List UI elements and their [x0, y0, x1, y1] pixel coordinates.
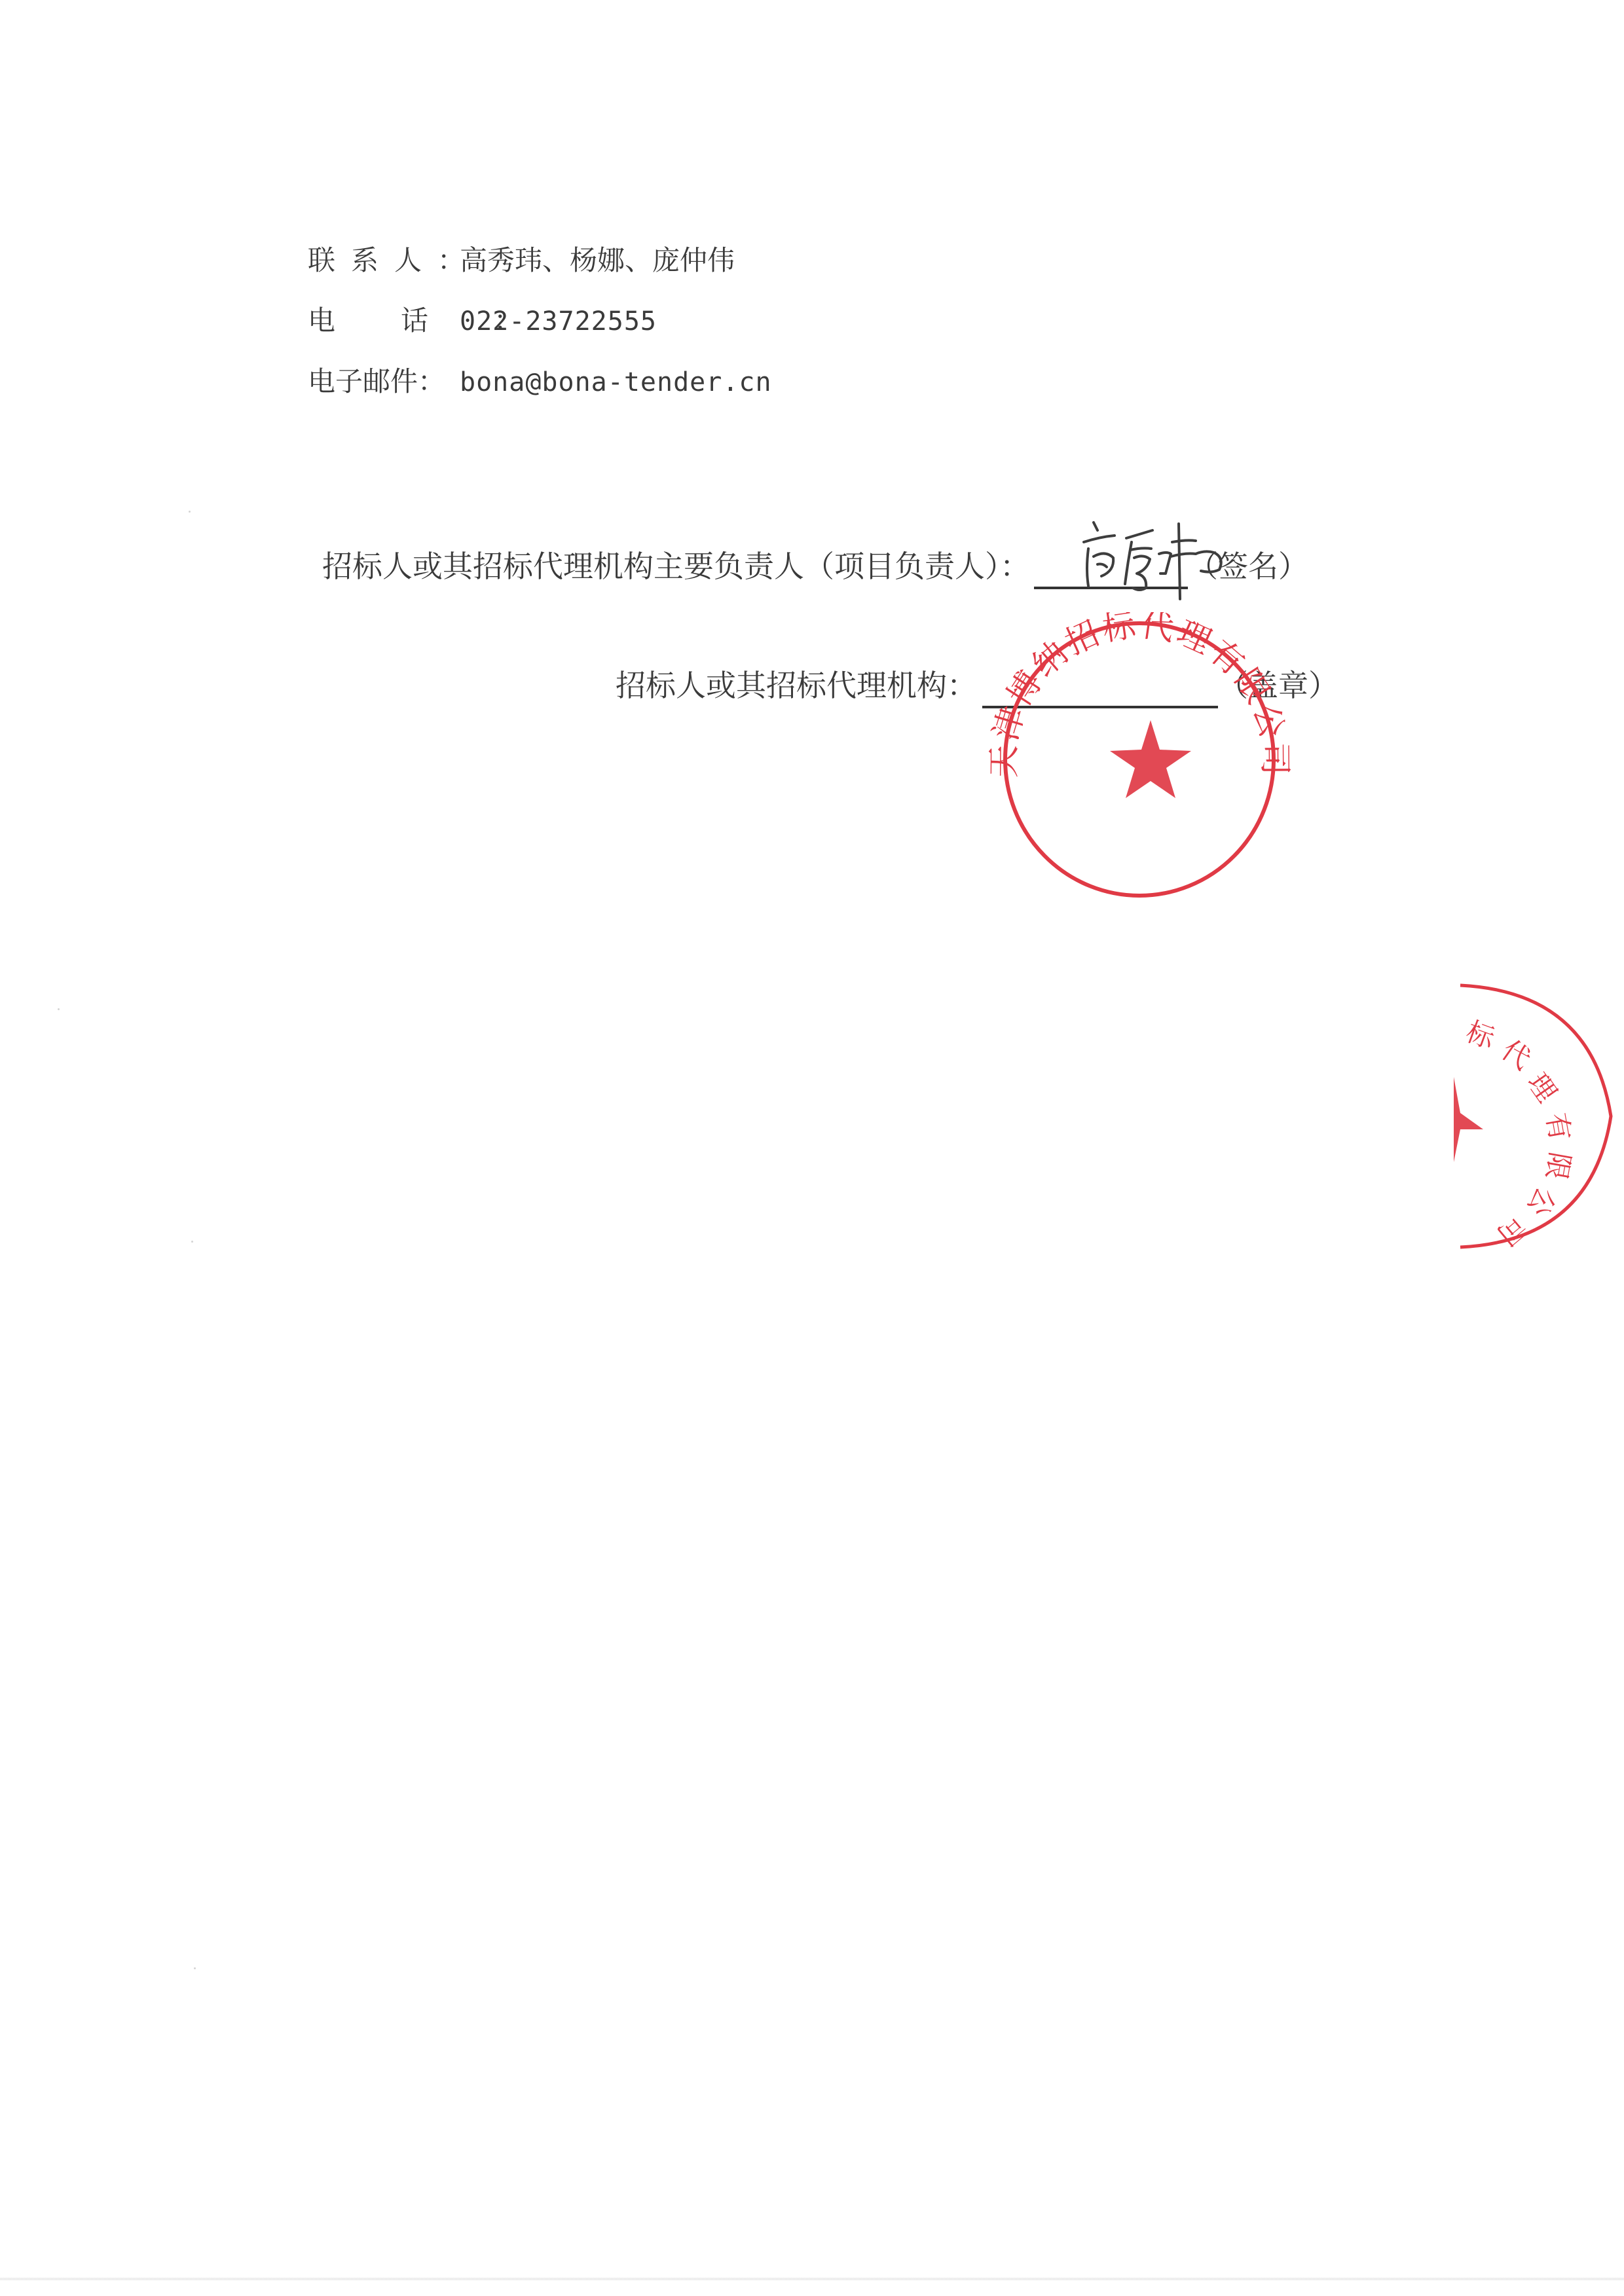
partial-seal: 标 代 理 有 限 公 司 [1441, 966, 1624, 1267]
scan-speck [189, 511, 191, 513]
star-icon [1454, 1077, 1483, 1162]
organization-label: 招标人或其招标代理机构： [616, 668, 977, 703]
company-seal: 天津博纳招标代理有限公司 [986, 612, 1293, 900]
email-value: bona@bona-tender.cn [460, 363, 772, 402]
phone-value: 022-23722555 [460, 302, 657, 341]
svg-text:理: 理 [1521, 1067, 1563, 1108]
email-row: 电子邮件：bona@bona-tender.cn [308, 362, 772, 401]
handwritten-signature [1074, 511, 1244, 602]
responsible-person-label: 招标人或其招标代理机构主要负责人（项目负责人）： [322, 549, 1030, 584]
scan-speck [58, 1008, 60, 1010]
phone-row: 电话：022-23722555 [308, 301, 657, 340]
email-label: 电子邮件： [308, 362, 460, 401]
svg-text:有: 有 [1540, 1110, 1577, 1143]
contact-person-label: 联系人： [308, 241, 460, 280]
contact-person-row: 联系人：高秀玮、杨娜、庞仲伟 [308, 241, 735, 280]
scan-speck [191, 1241, 193, 1243]
document-page: 联系人：高秀玮、杨娜、庞仲伟 电话：022-23722555 电子邮件：bona… [0, 0, 1624, 2296]
contact-person-value: 高秀玮、杨娜、庞仲伟 [460, 241, 735, 280]
scan-speck [194, 1967, 196, 1969]
svg-text:标: 标 [1462, 1015, 1500, 1055]
phone-label: 电话： [308, 301, 460, 340]
svg-text:限: 限 [1540, 1150, 1577, 1182]
svg-text:司: 司 [1491, 1210, 1533, 1252]
star-icon [1110, 720, 1191, 798]
scan-edge [0, 2277, 1624, 2281]
svg-text:代: 代 [1496, 1034, 1537, 1076]
